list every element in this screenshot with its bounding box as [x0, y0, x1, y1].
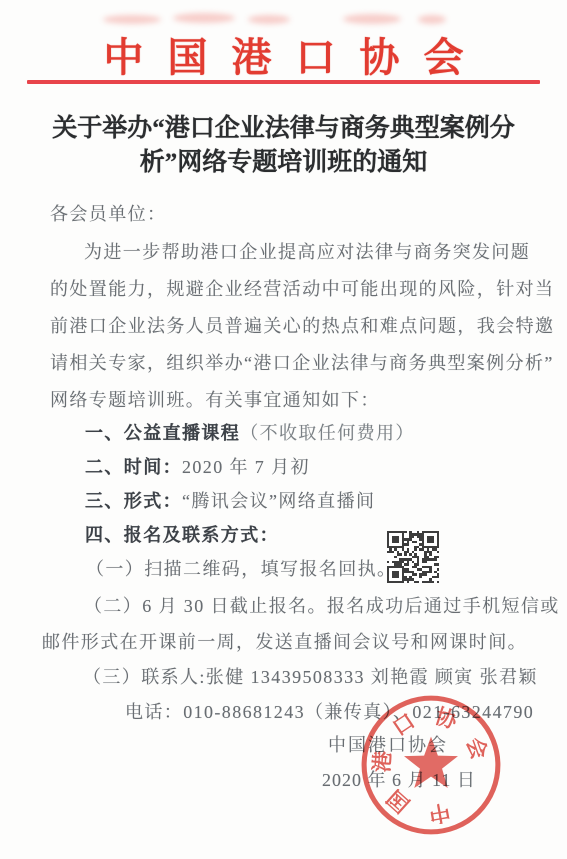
seal-char: 港 [370, 749, 395, 773]
scan-artifact [173, 13, 235, 23]
intro-line: 为进一步帮助港口企业提高应对法律与商务突发问题 [84, 240, 530, 264]
seal-star-icon [404, 737, 458, 788]
scan-artifact [418, 15, 446, 24]
scan-artifact [103, 15, 161, 24]
section-3: 三、形式：“腾讯会议”网络直播间 [85, 489, 375, 513]
section-4: 四、报名及联系方式： [85, 523, 279, 547]
section-1-label: 一、公益直播课程 [85, 423, 240, 443]
section-3-detail: “腾讯会议”网络直播间 [182, 491, 375, 511]
scan-artifact [248, 15, 290, 24]
item-deadline-line1: （二）6 月 30 日截止报名。报名成功后通过手机短信或 [84, 594, 560, 618]
section-2-detail: 2020 年 7 月初 [182, 457, 310, 477]
intro-line: 请相关专家，组织举办“港口企业法律与商务典型案例分析” [50, 351, 554, 375]
intro-line: 网络专题培训班。有关事宜通知如下： [50, 388, 380, 412]
salutation: 各会员单位： [50, 202, 166, 226]
section-1-detail: （不收取任何费用） [240, 423, 415, 443]
section-2-label: 二、时间： [85, 457, 182, 477]
section-4-label: 四、报名及联系方式： [85, 525, 279, 545]
document-title-line1: 关于举办“港口企业法律与商务典型案例分 [20, 112, 547, 146]
qr-code-image [387, 531, 439, 583]
seal-char: 口 [388, 709, 419, 741]
seal-char: 中 [427, 799, 452, 827]
item-scan-qr: （一）扫描二维码，填写报名回执。 [86, 557, 396, 581]
letterhead-rule [27, 80, 540, 84]
document-title: 关于举办“港口企业法律与商务典型案例分 析”网络专题培训班的通知 [20, 112, 547, 180]
section-2: 二、时间：2020 年 7 月初 [85, 455, 310, 479]
official-seal-stamp: 中 国 港 口 协 会 [356, 690, 506, 840]
scanned-notice-document: 中国港口协会 关于举办“港口企业法律与商务典型案例分 析”网络专题培训班的通知 … [0, 0, 567, 859]
seal-char: 会 [462, 734, 493, 763]
seal-char: 协 [432, 703, 461, 734]
scan-artifact [343, 14, 401, 24]
item-contacts: （三）联系人:张健 13439508333 刘艳霞 顾寅 张君颖 [83, 665, 538, 689]
letterhead-org-name: 中国港口协会 [0, 26, 567, 83]
intro-line: 前港口企业法务人员普遍关心的热点和难点问题，我会特邀 [50, 314, 554, 338]
item-deadline-line2: 邮件形式在开课前一周，发送直播间会议号和网课时间。 [42, 630, 527, 654]
document-title-line2: 析”网络专题培训班的通知 [20, 146, 547, 180]
section-3-label: 三、形式： [85, 491, 182, 511]
section-1: 一、公益直播课程（不收取任何费用） [85, 421, 415, 445]
intro-line: 的处置能力，规避企业经营活动中可能出现的风险，针对当 [50, 277, 554, 301]
